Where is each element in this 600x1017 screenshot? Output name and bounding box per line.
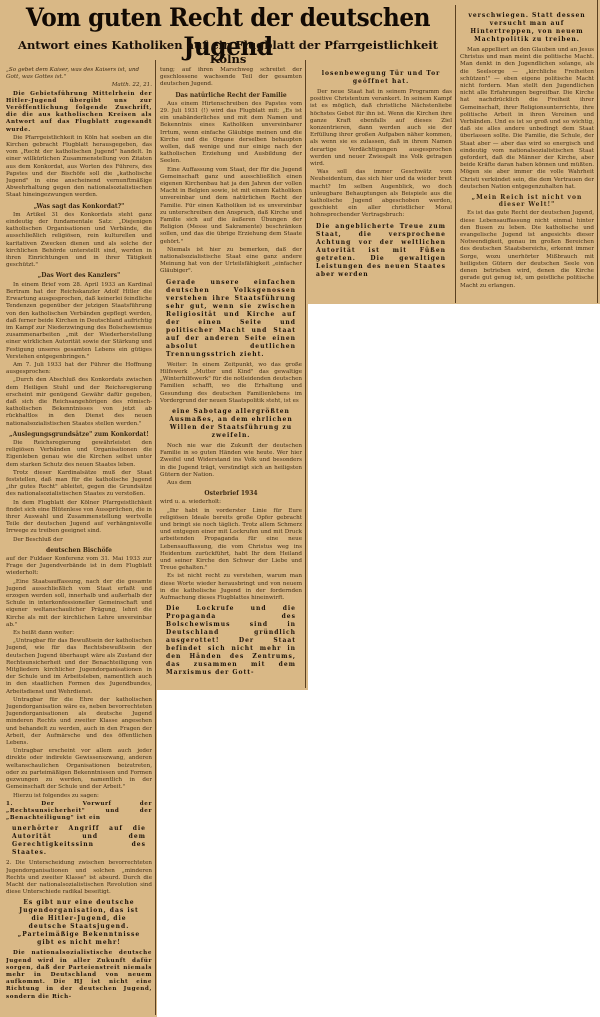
paragraph: „Ihr habt in vorderster Linie für Eure r… — [160, 508, 302, 573]
paragraph: wird u. a. wiederholt: — [160, 499, 302, 506]
column-rule-2 — [305, 60, 306, 688]
paragraph: „Eine Staatsauffassung, nach der die ges… — [6, 579, 152, 629]
paragraph: In einem Brief vom 28. April 1933 an Kar… — [6, 282, 152, 361]
emphasis-block: Gerade unsere einfachen deutschen Volksg… — [166, 279, 296, 359]
emphasis-block: Die angeblicherte Treue zum Staat, die v… — [316, 223, 446, 279]
emphasis-block: Die Lockrufe und die Propaganda des Bols… — [166, 605, 296, 677]
paragraph: Aus dem — [160, 480, 302, 487]
paragraph: Noch nie war die Zukunft der deutschen F… — [160, 443, 302, 479]
section-heading: „Auslegungsgrundsätze" zum Konkordat! — [6, 431, 152, 438]
paragraph: Es ist das gute Recht der deutschen Juge… — [460, 210, 594, 289]
paragraph: Aus einem Hirtenschreiben des Papstes vo… — [160, 101, 302, 166]
section-heading: Osterbrief 1934 — [160, 490, 302, 497]
paragraph: In dem Flugblatt der Kölner Pfarrgeistli… — [6, 500, 152, 536]
paragraph: Im Artikel 31 des Konkordats steht ganz … — [6, 212, 152, 270]
column-rule-3 — [455, 5, 456, 303]
paragraph: Man appelliert an den Glauben und an Jes… — [460, 47, 594, 191]
paragraph: Es ist nicht recht zu verstehen, warum m… — [160, 573, 302, 602]
section-heading: „Mein Reich ist nicht von dieser Welt!" — [460, 194, 594, 208]
paragraph: Niemals ist hier zu bemerken, daß der na… — [160, 247, 302, 276]
paragraph: Weiter: In einem Zeitpunkt, wo das große… — [160, 362, 302, 405]
emphasis-block: unerhörter Angriff auf die Autorität und… — [12, 825, 146, 857]
list-item: 2. Die Unterscheidung zwischen bevorrech… — [6, 860, 152, 896]
emphasis-block: Es gibt nur eine deutsche Jugendorganisa… — [12, 899, 146, 947]
epigraph-source: Matth. 22, 21. — [6, 82, 152, 89]
column-rule-right — [597, 0, 598, 303]
paragraph: Die Pfarrgeistlichkeit in Köln hat soebe… — [6, 135, 152, 200]
paragraph: Hierzu ist folgendes zu sagen: — [6, 793, 152, 800]
paragraph: Der Beschluß der — [6, 537, 152, 544]
paragraph: Die Gebietsführung Mittelrhein der Hitle… — [6, 91, 152, 134]
article-column-4: verschwiegen. Statt dessen versucht man … — [460, 12, 594, 302]
epigraph: „So gebet dem Kaiser, was des Kaisers is… — [6, 67, 152, 81]
subheadline: Antwort eines Katholiken auf ein Flugbla… — [8, 38, 448, 66]
section-heading: Das natürliche Recht der Familie — [160, 92, 302, 99]
paragraph: Die nationalsozialistische deutsche Juge… — [6, 950, 152, 1000]
emphasis-block: eine Sabotage allergrößten Ausmaßes, an … — [166, 408, 296, 440]
paragraph: Untragbar erscheint vor allem auch jeder… — [6, 748, 152, 791]
paragraph: auf der Fuldaer Konferenz vom 31. Mai 19… — [6, 556, 152, 578]
paragraph: „Durch den Abschluß des Konkordats zwisc… — [6, 377, 152, 427]
article-column-3: losenbewegung Tür und Tor geöffnet hat. … — [310, 67, 452, 301]
section-heading: „Das Wort des Kanzlers" — [6, 272, 152, 279]
list-item: 1. Der Vorwurf der „Rechtsunsicherheit" … — [6, 801, 152, 823]
paragraph: Untragbar für die Ehre der katholischen … — [6, 697, 152, 747]
article-column-2: tung; auf ihren Marschweg schreitet der … — [160, 67, 302, 687]
emphasis-block: losenbewegung Tür und Tor geöffnet hat. — [316, 70, 446, 86]
paragraph: tung; auf ihren Marschweg schreitet der … — [160, 67, 302, 89]
paragraph: Der neue Staat hat in seinem Programm da… — [310, 89, 452, 168]
paragraph: Trotz dieser Kardinalsätze muß der Staat… — [6, 470, 152, 499]
paragraph: Was soll das immer Geschwätz vom Neuheid… — [310, 169, 452, 219]
paragraph: Es heißt dann weiter: — [6, 630, 152, 637]
paragraph: Am 7. Juli 1933 hat der Führer die Hoffn… — [6, 362, 152, 376]
section-heading: „Was sagt das Konkordat?" — [6, 203, 152, 210]
article-column-1: „So gebet dem Kaiser, was des Kaisers is… — [6, 67, 152, 1015]
emphasis-block: verschwiegen. Statt dessen versucht man … — [462, 12, 592, 44]
paragraph: Die Reichsregierung gewährleistet den re… — [6, 440, 152, 469]
paragraph: „Untragbar für das Bewußtsein der kathol… — [6, 638, 152, 696]
paragraph: Eine Auffassung vom Staat, der für die J… — [160, 167, 302, 246]
section-heading: deutschen Bischöfe — [6, 547, 152, 554]
column-rule-1 — [155, 60, 156, 1015]
